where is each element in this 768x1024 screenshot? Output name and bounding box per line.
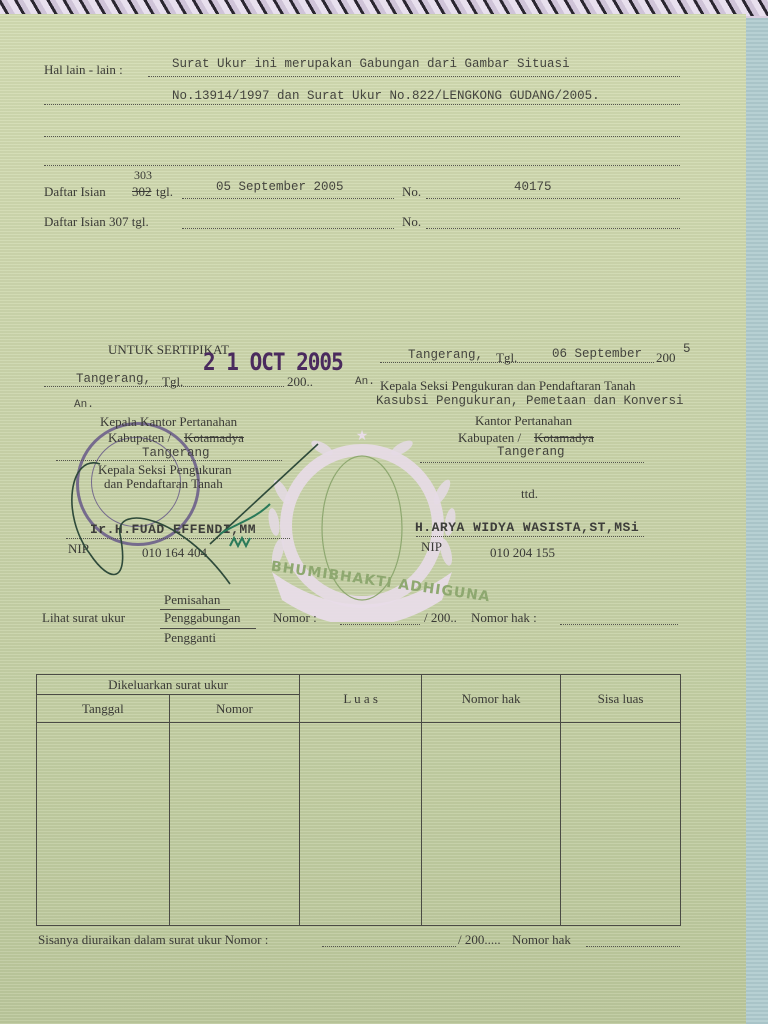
dotted-line [586, 946, 680, 947]
column-header-sisa-luas: Sisa luas [561, 675, 681, 723]
right-tgl-label: Tgl. [496, 350, 517, 366]
left-an: An. [74, 399, 94, 411]
footer-label: Sisanya diuraikan dalam surat ukur Nomor… [38, 932, 268, 948]
hal-lain-line1: Surat Ukur ini merupakan Gabungan dari G… [172, 57, 570, 71]
footer-year-label: / 200..... [458, 932, 501, 948]
option-penggabungan: Penggabungan [164, 610, 241, 626]
right-year: 200 [656, 350, 676, 366]
daftar-isian-1-number: 40175 [514, 180, 552, 194]
table-cell [422, 723, 561, 926]
right-year-digit: 5 [683, 342, 691, 356]
daftar-isian-1-date: 05 September 2005 [216, 180, 344, 194]
divider [160, 628, 256, 629]
daftar-isian-2-label: Daftar Isian 307 tgl. [44, 214, 149, 230]
dotted-line [182, 228, 394, 229]
svg-text:★: ★ [356, 429, 369, 444]
right-signer-name: H.ARYA WIDYA WASISTA,ST,MSi [415, 520, 639, 535]
right-an: An. [355, 376, 375, 388]
no-label: No. [402, 214, 421, 230]
table-cell [300, 723, 422, 926]
left-place: Tangerang, [76, 372, 151, 386]
left-year: 200.. [287, 374, 313, 390]
option-pengganti: Pengganti [164, 630, 216, 646]
dotted-line [340, 624, 420, 625]
table-cell [561, 723, 681, 926]
dotted-line [426, 228, 680, 229]
right-line5: Tangerang [497, 445, 565, 459]
nomor-year-label: / 200.. [424, 610, 457, 626]
daftar-isian-correction: 303 [134, 168, 152, 183]
no-label: No. [402, 184, 421, 200]
nomor-hak-label: Nomor hak : [471, 610, 537, 626]
document-page: Hal lain - lain : Surat Ukur ini merupak… [0, 14, 746, 1024]
daftar-isian-1-label: Daftar Isian [44, 184, 106, 200]
left-tgl-label: Tgl. [162, 374, 183, 390]
right-nip-label: NIP [421, 539, 442, 555]
column-header-tanggal: Tanggal [37, 695, 170, 723]
hal-lain-label: Hal lain - lain : [44, 62, 123, 78]
lihat-surat-ukur-label: Lihat surat ukur [42, 610, 125, 626]
column-header-nomor: Nomor [169, 695, 299, 723]
footer-nomor-hak-label: Nomor hak [512, 932, 571, 948]
column-header-luas: L u a s [300, 675, 422, 723]
hal-lain-line2: No.13914/1997 dan Surat Ukur No.822/LENG… [172, 89, 600, 103]
table-row [37, 723, 681, 926]
dotted-line [416, 536, 644, 537]
table-cell [37, 723, 170, 926]
surat-ukur-table: Dikeluarkan surat ukur L u a s Nomor hak… [36, 674, 681, 926]
dotted-line [44, 104, 680, 105]
dotted-line [148, 76, 680, 77]
right-line2: Kasubsi Pengukuran, Pemetaan dan Konvers… [376, 394, 684, 408]
left-office-line1: Kepala Kantor Pertanahan [100, 414, 237, 430]
dotted-line [44, 165, 680, 166]
dotted-line [426, 198, 680, 199]
dotted-line [420, 462, 644, 463]
right-line1: Kepala Seksi Pengukuran dan Pendaftaran … [380, 378, 636, 394]
dotted-line [560, 624, 678, 625]
right-line3: Kantor Pertanahan [475, 413, 572, 429]
dotted-line [44, 136, 680, 137]
right-date: 06 September [552, 347, 642, 361]
right-line4-struck: Kotamadya [534, 430, 594, 446]
option-pemisahan: Pemisahan [164, 592, 220, 608]
table-cell [169, 723, 299, 926]
tgl-label: tgl. [156, 184, 173, 200]
dotted-line [182, 198, 394, 199]
right-nip-value: 010 204 155 [490, 545, 555, 561]
daftar-isian-1-struck-number: 302 [132, 184, 152, 200]
column-header-nomor-hak: Nomor hak [422, 675, 561, 723]
signature-icon [60, 434, 320, 594]
date-stamp: 2 1 OCT 2005 [203, 348, 343, 376]
ttd-label: ttd. [521, 486, 538, 502]
right-place: Tangerang, [408, 348, 483, 362]
table-group-header: Dikeluarkan surat ukur [37, 675, 300, 695]
right-line4a: Kabupaten / [458, 430, 521, 446]
dotted-line [322, 946, 456, 947]
nomor-label: Nomor : [273, 610, 317, 626]
